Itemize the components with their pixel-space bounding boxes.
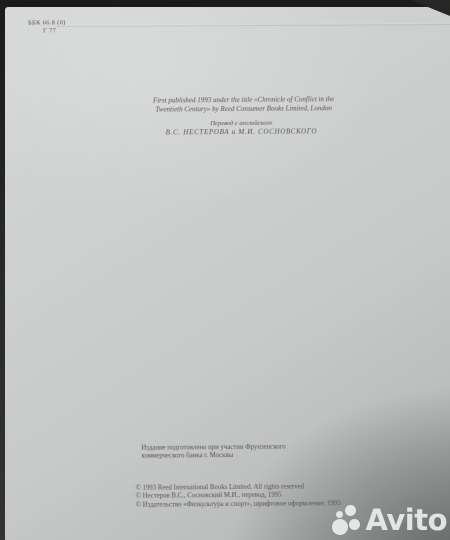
copyright-line: © Издательство «Физкультура и спорт», шр… [136,500,341,510]
avito-watermark: Avito [332,505,447,536]
translators: В.С. НЕСТЕРОВА и М.И. СОСНОВСКОГО [49,126,434,137]
sponsor-note: Издание подготовлено при участии Фрунзен… [141,444,285,462]
avito-logo-icon [332,505,361,536]
library-codes: ББК 66.8 (0) Г 77 [28,19,66,35]
author-sign: Г 77 [43,27,66,35]
imprint-line: Twentieth Century» by Reed Consumer Book… [49,103,439,115]
page-content: ББК 66.8 (0) Г 77 First published 1993 u… [3,5,450,540]
english-imprint: First published 1993 under the title «Ch… [49,94,439,114]
bbk-code: ББК 66.8 (0) [28,19,66,27]
sponsor-line: коммерческого банка г. Москвы [141,452,285,461]
copyright-block: © 1993 Reed International Books Limited.… [136,483,341,509]
avito-wordmark: Avito [365,506,447,535]
book-page: ББК 66.8 (0) Г 77 First published 1993 u… [5,7,450,540]
photo-of-book-page: ББК 66.8 (0) Г 77 First published 1993 u… [0,0,450,540]
